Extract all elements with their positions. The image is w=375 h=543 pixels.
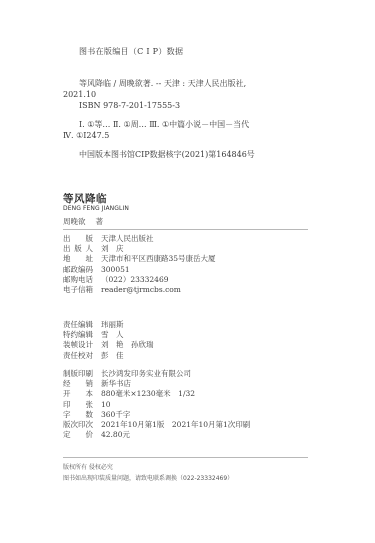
- label-char: 字: [63, 410, 71, 420]
- label-char: 编: [78, 265, 86, 275]
- info-label: 出版: [63, 234, 93, 244]
- label-char: 版: [71, 369, 79, 379]
- label-char: 印: [63, 400, 71, 410]
- editor-info: 责任编辑玮丽斯特约编辑雪 人装帧设计刘 艳 孙欣瑞责任校对彭 佳: [63, 320, 154, 361]
- label-char: 经: [63, 379, 71, 389]
- info-label: 邮购电话: [63, 275, 93, 285]
- info-row: 邮购电话（022）23332469: [63, 275, 216, 285]
- author-name: 周晚欲: [63, 217, 86, 226]
- label-char: 次: [86, 420, 94, 430]
- label-char: 版: [86, 234, 94, 244]
- book-pinyin: DENG FENG JIANGLIN: [63, 205, 129, 212]
- info-label: 制版印刷: [63, 369, 93, 379]
- label-char: 电: [78, 275, 86, 285]
- info-row: 版次印次2021年10月第1版 2021年10月第1次印刷: [63, 420, 250, 430]
- label-char: 开: [63, 389, 71, 399]
- info-value: 360千字: [101, 410, 130, 420]
- info-value: 天津人民出版社: [101, 234, 154, 244]
- info-label: 出版人: [63, 244, 93, 254]
- label-char: 辑: [86, 330, 94, 340]
- label-char: 装: [63, 340, 71, 350]
- label-char: 约: [71, 330, 79, 340]
- label-char: 印: [78, 369, 86, 379]
- info-row: 印张10: [63, 400, 250, 410]
- book-title: 等风降临: [63, 191, 107, 206]
- cip-classification-1: Ⅰ. ①等… Ⅱ. ①周… Ⅲ. ①中篇小说－中国－当代: [79, 119, 249, 130]
- label-char: 版: [74, 244, 82, 254]
- label-char: 价: [86, 430, 94, 440]
- info-value: 玮丽斯: [101, 320, 124, 330]
- info-value: 雪 人: [101, 330, 124, 340]
- info-label: 责任校对: [63, 351, 93, 361]
- label-char: 码: [86, 265, 94, 275]
- divider-top: [63, 229, 308, 230]
- info-label: 邮政编码: [63, 265, 93, 275]
- info-value: 天津市和平区西康路35号康岳大厦: [101, 254, 216, 264]
- info-label: 电子信箱: [63, 285, 93, 295]
- label-char: 定: [63, 430, 71, 440]
- cip-date: 2021.10: [63, 89, 96, 100]
- label-char: 邮: [63, 265, 71, 275]
- info-label: 责任编辑: [63, 320, 93, 330]
- cip-number: 中国版本图书馆CIP数据核字(2021)第164846号: [79, 149, 255, 160]
- label-char: 任: [71, 351, 79, 361]
- label-char: 政: [71, 265, 79, 275]
- label-char: 任: [71, 320, 79, 330]
- book-author: 周晚欲著: [63, 216, 103, 227]
- label-char: 次: [71, 420, 79, 430]
- label-char: 校: [78, 351, 86, 361]
- quality-notice: 图书如出现印装质量问题，请致电联系调换（022-23332469）: [63, 473, 233, 482]
- label-char: 箱: [86, 285, 94, 295]
- info-row: 字数360千字: [63, 410, 250, 420]
- info-row: 邮政编码300051: [63, 265, 216, 275]
- label-char: 人: [86, 244, 94, 254]
- info-row: 地址天津市和平区西康路35号康岳大厦: [63, 254, 216, 264]
- info-row: 装帧设计刘 艳 孙欣瑞: [63, 340, 154, 350]
- info-value: 42.80元: [101, 430, 130, 440]
- info-value: （022）23332469: [101, 275, 169, 285]
- label-char: 版: [63, 420, 71, 430]
- info-row: 责任编辑玮丽斯: [63, 320, 154, 330]
- info-row: 经销新华书店: [63, 379, 250, 389]
- info-row: 制版印刷长沙鸿发印务实业有限公司: [63, 369, 250, 379]
- info-value: 刘 艳 孙欣瑞: [101, 340, 154, 350]
- info-label: 开本: [63, 389, 93, 399]
- info-label: 定价: [63, 430, 93, 440]
- info-label: 地址: [63, 254, 93, 264]
- label-char: 出: [63, 234, 71, 244]
- info-row: 定价42.80元: [63, 430, 250, 440]
- label-char: 印: [78, 420, 86, 430]
- label-char: 电: [63, 285, 71, 295]
- copyright-notice: 版权所有 侵权必究: [63, 462, 113, 471]
- info-value: 长沙鸿发印务实业有限公司: [101, 369, 191, 379]
- divider-bottom: [63, 457, 308, 458]
- publication-info: 出版天津人民出版社出版人刘 庆地址天津市和平区西康路35号康岳大厦邮政编码300…: [63, 234, 216, 295]
- info-row: 出版天津人民出版社: [63, 234, 216, 244]
- label-char: 责: [63, 351, 71, 361]
- cip-heading: 图书在版编目（C I P）数据: [79, 46, 183, 57]
- label-char: 地: [63, 254, 71, 264]
- info-label: 经销: [63, 379, 93, 389]
- author-role: 著: [96, 217, 104, 226]
- label-char: 刷: [86, 369, 94, 379]
- label-char: 出: [63, 244, 71, 254]
- label-char: 信: [78, 285, 86, 295]
- label-char: 数: [86, 410, 94, 420]
- label-char: 编: [78, 320, 86, 330]
- label-char: 销: [86, 379, 94, 389]
- info-row: 出版人刘 庆: [63, 244, 216, 254]
- label-char: 址: [86, 254, 94, 264]
- label-char: 计: [86, 340, 94, 350]
- info-value: 10: [101, 400, 111, 410]
- label-char: 设: [78, 340, 86, 350]
- label-char: 帧: [71, 340, 79, 350]
- label-char: 子: [71, 285, 79, 295]
- info-value: 刘 庆: [101, 244, 124, 254]
- info-value: 新华书店: [101, 379, 131, 389]
- label-char: 购: [71, 275, 79, 285]
- label-char: 特: [63, 330, 71, 340]
- info-value: 2021年10月第1版 2021年10月第1次印刷: [101, 420, 250, 430]
- info-value: 880毫米×1230毫米 1/32: [101, 389, 195, 399]
- cip-isbn: ISBN 978-7-201-17555-3: [79, 100, 180, 111]
- info-value: reader@tjrmcbs.com: [101, 285, 181, 295]
- info-value: 彭 佳: [101, 351, 124, 361]
- label-char: 邮: [63, 275, 71, 285]
- info-label: 装帧设计: [63, 340, 93, 350]
- label-char: 张: [86, 400, 94, 410]
- info-row: 责任校对彭 佳: [63, 351, 154, 361]
- label-char: 辑: [86, 320, 94, 330]
- info-row: 开本880毫米×1230毫米 1/32: [63, 389, 250, 399]
- info-label: 字数: [63, 410, 93, 420]
- label-char: 制: [63, 369, 71, 379]
- cip-classification-2: Ⅳ. ①I247.5: [63, 130, 109, 141]
- printing-info: 制版印刷长沙鸿发印务实业有限公司经销新华书店开本880毫米×1230毫米 1/3…: [63, 369, 250, 440]
- cip-main-entry: 等风降临 / 周晚欲著. -- 天津 : 天津人民出版社,: [79, 78, 246, 89]
- info-label: 印张: [63, 400, 93, 410]
- label-char: 对: [86, 351, 94, 361]
- info-row: 特约编辑雪 人: [63, 330, 154, 340]
- info-label: 特约编辑: [63, 330, 93, 340]
- info-value: 300051: [101, 265, 130, 275]
- info-label: 版次印次: [63, 420, 93, 430]
- info-row: 电子信箱reader@tjrmcbs.com: [63, 285, 216, 295]
- label-char: 责: [63, 320, 71, 330]
- label-char: 编: [78, 330, 86, 340]
- label-char: 话: [86, 275, 94, 285]
- label-char: 本: [86, 389, 94, 399]
